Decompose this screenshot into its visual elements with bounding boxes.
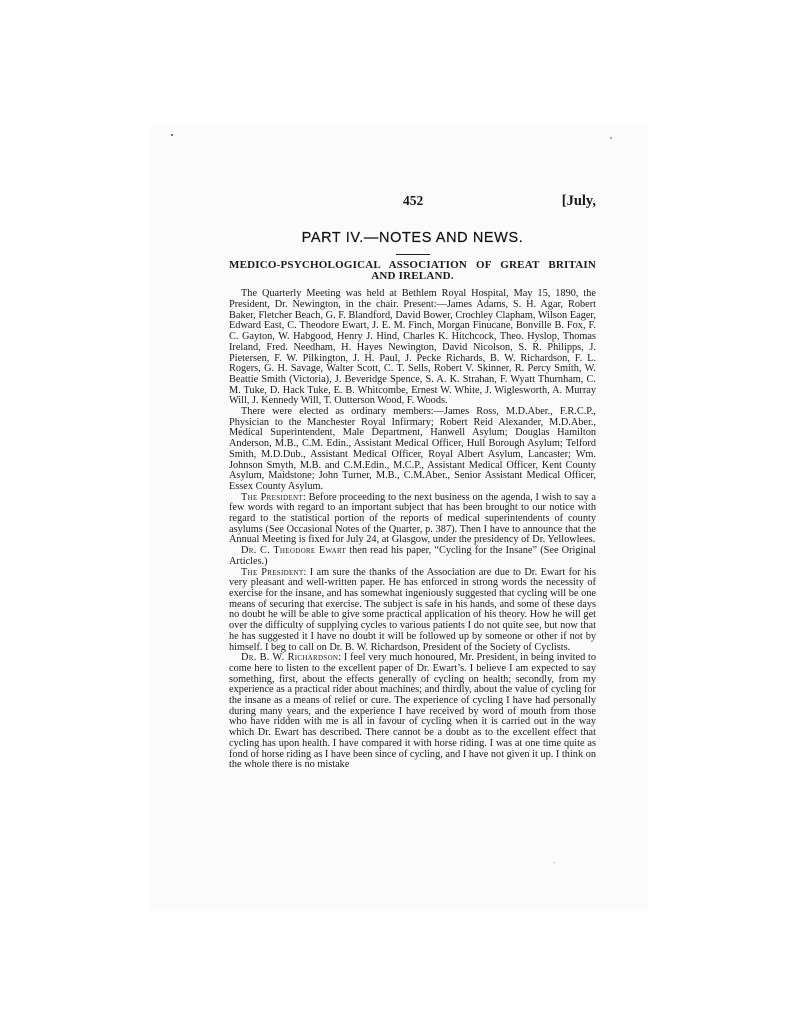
paragraph-speaker: Dr. B. W. Richardson [241,652,338,663]
scan-speck [554,862,555,863]
paragraph-meeting-attendance: The Quarterly Meeting was held at Bethle… [229,289,596,407]
running-head: 452 [July, [229,190,596,210]
section-title: MEDICO-PSYCHOLOGICAL ASSOCIATION OF GREA… [229,260,596,282]
paragraph-richardson-remarks: Dr. B. W. Richardson: I feel very much h… [229,653,596,771]
article-body: The Quarterly Meeting was held at Bethle… [229,289,596,771]
paragraph-ewart-paper: Dr. C. Theodore Ewart then read his pape… [229,546,596,567]
paragraph-president-announcement: The President: Before proceeding to the … [229,493,596,547]
document-page: 452 [July, PART IV.—NOTES AND NEWS. MEDI… [229,190,596,771]
paragraph-speaker: The President [241,567,303,578]
paragraph-text: There were elected as ordinary members:—… [229,406,596,492]
paragraph-speaker: Dr. C. Theodore Ewart [241,545,346,556]
part-title: PART IV.—NOTES AND NEWS. [229,230,596,246]
paragraph-president-thanks: The President: I am sure the thanks of t… [229,568,596,654]
paragraph-text: The Quarterly Meeting was held at Bethle… [229,288,596,406]
title-rule-divider [396,254,430,255]
paragraph-text: : I feel very much honoured, Mr. Preside… [229,652,596,770]
scan-speck [171,134,173,136]
paragraph-elected-members: There were elected as ordinary members:—… [229,407,596,493]
running-head-month: [July, [562,193,596,210]
section-title-line-2: AND IRELAND. [229,271,596,282]
scan-speck [610,137,612,139]
paragraph-text: : I am sure the thanks of the Associatio… [229,567,596,653]
page-number: 452 [403,193,423,209]
paragraph-speaker: The President [241,492,303,503]
